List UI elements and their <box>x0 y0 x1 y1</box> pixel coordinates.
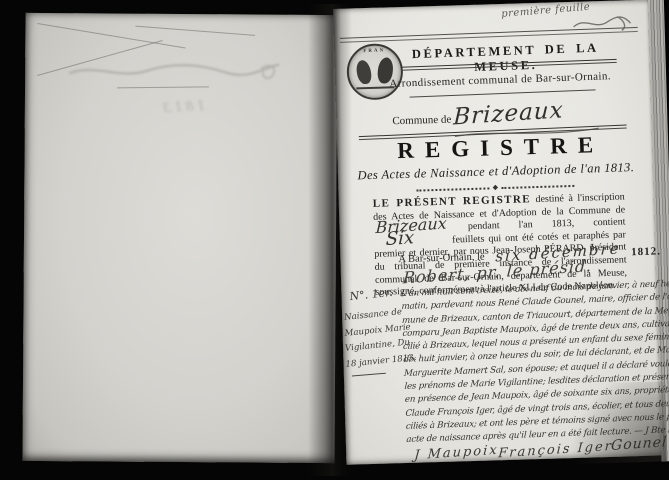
act-margin-note: Naissance de Maupoix Marie Vigilantine, … <box>344 307 406 371</box>
left-blank-page: 1813 <box>22 13 337 463</box>
dateline-year: 1812. <box>631 245 661 258</box>
divider-rule <box>410 89 596 97</box>
bleed-through-year-mark: 1813 <box>159 99 205 117</box>
signature-mayor: Gounel <box>610 434 668 454</box>
act-number: N°. 1er. <box>349 286 393 303</box>
register-title-page: première feuille FRAN DÉPARTEMENT DE LA … <box>333 0 662 465</box>
act-body-text: L'an mil huit cent treize, le dix-neuf d… <box>401 279 657 448</box>
fold-crease-mark <box>135 26 255 36</box>
birth-act-entry: N°. 1er. Naissance de Maupoix Marie Vigi… <box>341 280 662 465</box>
handwritten-date: six décembre <box>495 248 620 256</box>
bleed-through-writing-mark <box>65 57 285 85</box>
margin-dash <box>352 373 386 377</box>
ornament-line <box>501 184 574 188</box>
seal-figure-left <box>355 59 372 85</box>
bleed-through-underline-mark <box>117 86 209 88</box>
ornament-diamond-icon: ◆ <box>490 184 502 191</box>
fold-crease-mark <box>37 23 185 48</box>
handwritten-folio-count: Six <box>386 238 414 240</box>
ornament-line <box>416 187 489 191</box>
commune-label: Commune de <box>392 114 451 128</box>
